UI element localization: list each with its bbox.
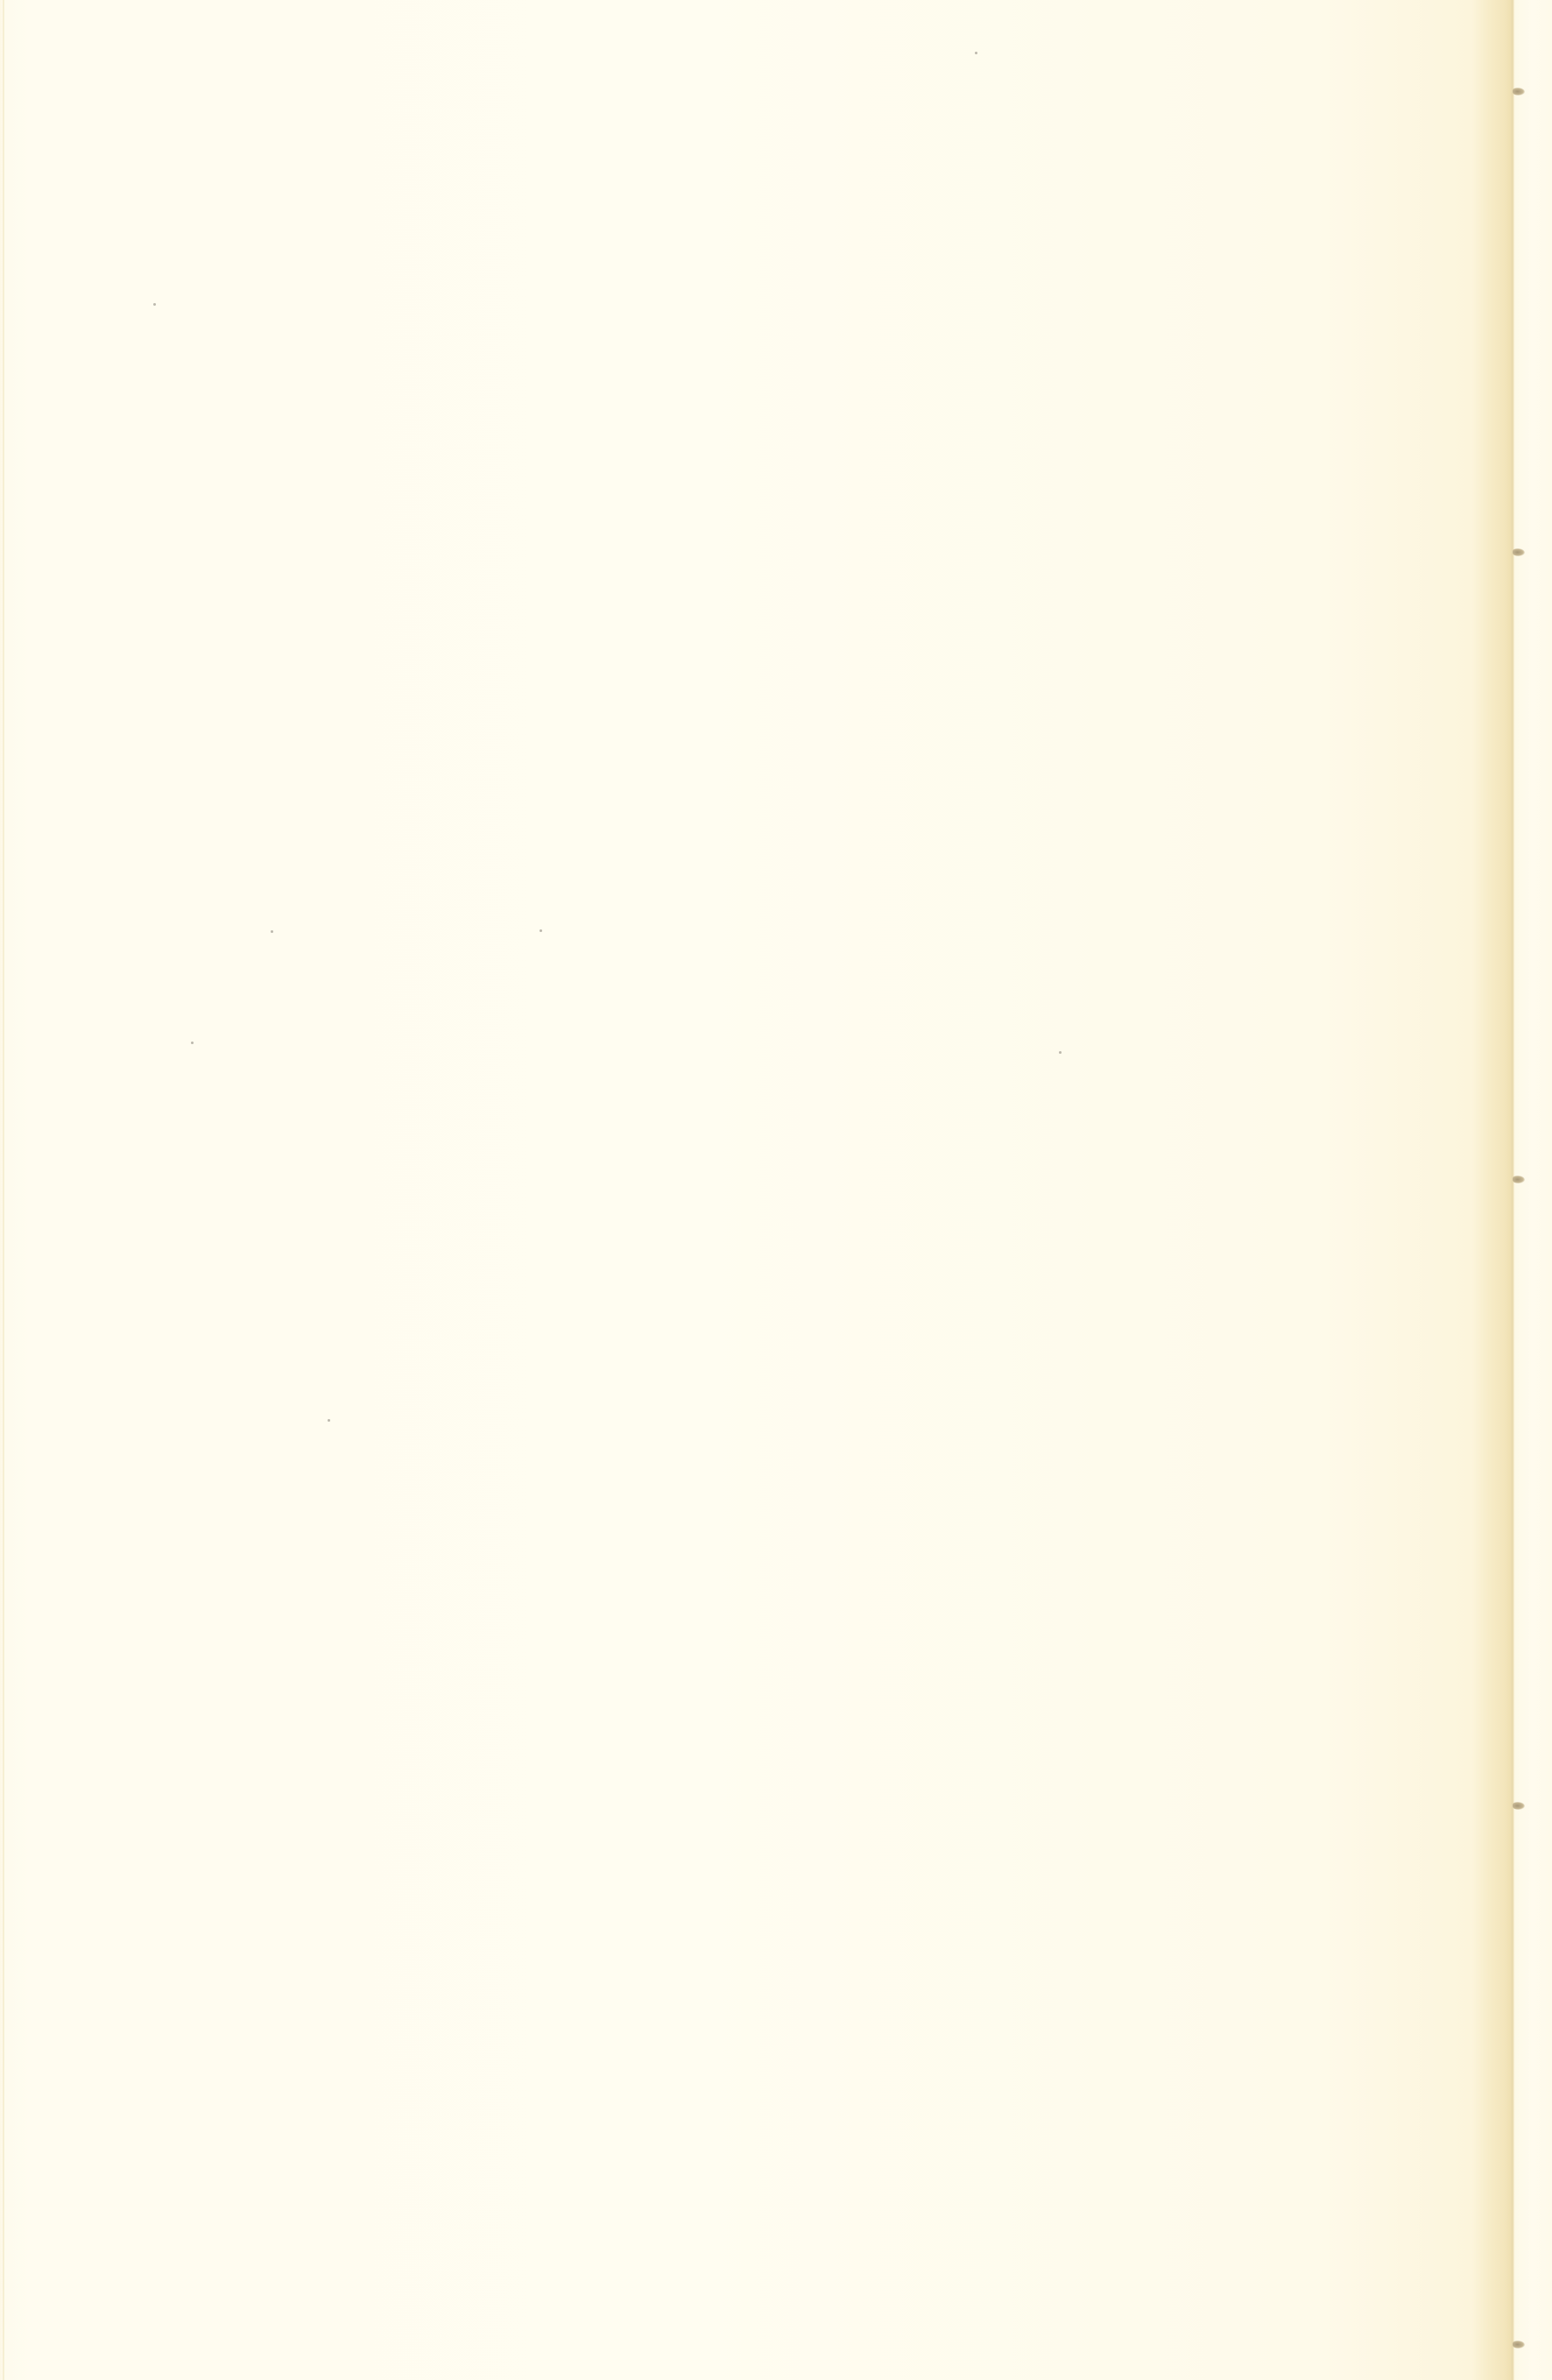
paper-speck [1059,1051,1062,1054]
binding-stitch-mark [1513,88,1525,95]
binding-stitch-mark [1513,548,1525,556]
paper-speck [328,1419,330,1422]
binding-stitch-mark [1513,2341,1525,2348]
paper-speck [153,303,156,306]
paper-speck [271,930,273,933]
paper-speck [191,1042,194,1044]
page-left-edge [3,0,4,2380]
paper-speck [540,929,542,932]
binding-stitch-mark [1513,1176,1525,1183]
binding-gutter [1511,0,1513,2380]
paper-speck [975,52,977,54]
binding-stitch-mark [1513,1802,1525,1810]
blank-book-page [0,0,1552,2380]
